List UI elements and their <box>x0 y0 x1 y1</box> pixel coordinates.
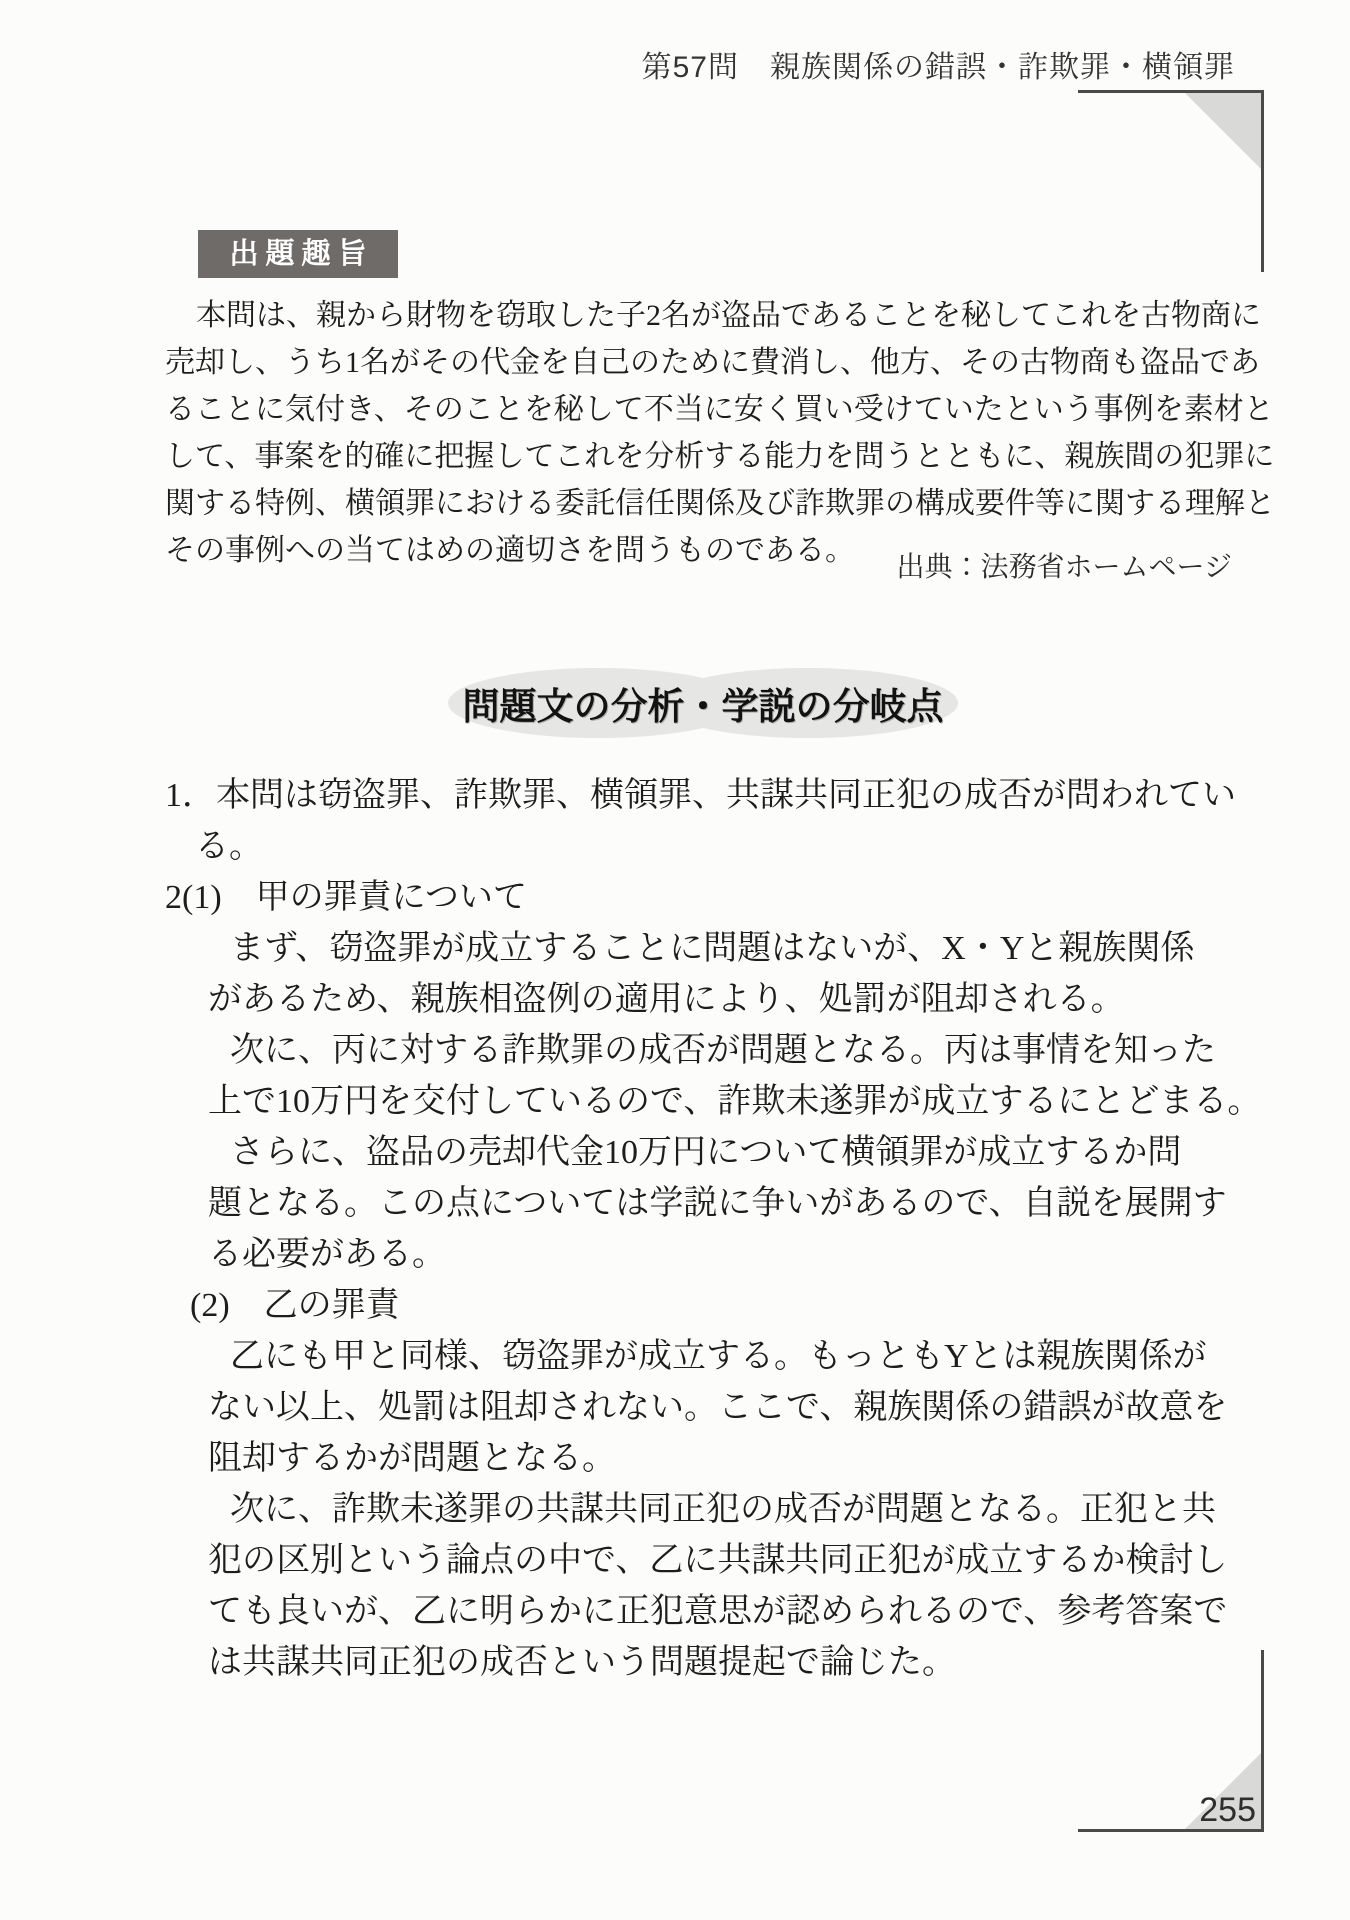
analysis-line: (2) 乙の罪責 <box>165 1280 1245 1331</box>
intent-line: ることに気付き、そのことを秘して不当に安く買い受けていたという事例を素材と <box>165 386 1245 433</box>
intent-line: 関する特例、横領罪における委託信任関係及び詐欺罪の構成要件等に関する理解と <box>165 480 1245 527</box>
running-header: 第57問 親族関係の錯誤・詐欺罪・横領罪 <box>642 42 1235 86</box>
analysis-text: 1．本問は窃盗罪、詐欺罪、横領罪、共謀共同正犯の成否が問われてい る。 2(1)… <box>165 770 1245 1688</box>
analysis-line: があるため、親族相盗例の適用により、処罰が阻却される。 <box>165 974 1245 1025</box>
intent-line: 本問は、親から財物を窃取した子2名が盗品であることを秘してこれを古物商に <box>165 292 1245 339</box>
page-number: 255 <box>1199 1791 1256 1830</box>
intent-paragraph: 本問は、親から財物を窃取した子2名が盗品であることを秘してこれを古物商に 売却し… <box>165 292 1245 574</box>
intent-line: 売却し、うち1名がその代金を自己のために費消し、他方、その古物商も盗品であ <box>165 339 1245 386</box>
analysis-banner: 問題文の分析・学説の分岐点 <box>448 668 958 738</box>
analysis-line: 次に、丙に対する詐欺罪の成否が問題となる。丙は事情を知った <box>165 1025 1245 1076</box>
source-attribution: 出典：法務省ホームページ <box>897 545 1232 585</box>
analysis-line: 犯の区別という論点の中で、乙に共謀共同正犯が成立するか検討し <box>165 1535 1245 1586</box>
top-corner-triangle <box>1185 93 1261 169</box>
analysis-line: 乙にも甲と同様、窃盗罪が成立する。もっともYとは親族関係が <box>165 1331 1245 1382</box>
intent-line: して、事案を的確に把握してこれを分析する能力を問うとともに、親族間の犯罪に <box>165 433 1245 480</box>
analysis-line: 阻却するかが問題となる。 <box>165 1433 1245 1484</box>
analysis-line: 1．本問は窃盗罪、詐欺罪、横領罪、共謀共同正犯の成否が問われてい <box>165 770 1245 821</box>
analysis-line: る。 <box>165 821 1245 872</box>
book-page: 第57問 親族関係の錯誤・詐欺罪・横領罪 出題趣旨 本問は、親から財物を窃取した… <box>0 0 1350 1920</box>
analysis-line: ても良いが、乙に明らかに正犯意思が認められるので、参考答案で <box>165 1586 1245 1637</box>
analysis-line: 2(1) 甲の罪責について <box>165 872 1245 923</box>
analysis-line: さらに、盗品の売却代金10万円について横領罪が成立するか問 <box>165 1127 1245 1178</box>
top-corner-decoration <box>1078 90 1264 272</box>
section-heading-intent: 出題趣旨 <box>198 230 398 278</box>
analysis-line: 上で10万円を交付しているので、詐欺未遂罪が成立するにとどまる。 <box>165 1076 1245 1127</box>
analysis-line: 題となる。この点については学説に争いがあるので、自説を展開す <box>165 1178 1245 1229</box>
analysis-line: る必要がある。 <box>165 1229 1245 1280</box>
analysis-line: まず、窃盗罪が成立することに問題はないが、X・Yと親族関係 <box>165 923 1245 974</box>
analysis-banner-title: 問題文の分析・学説の分岐点 <box>448 676 958 730</box>
analysis-line: 次に、詐欺未遂罪の共謀共同正犯の成否が問題となる。正犯と共 <box>165 1484 1245 1535</box>
analysis-line: ない以上、処罰は阻却されない。ここで、親族関係の錯誤が故意を <box>165 1382 1245 1433</box>
